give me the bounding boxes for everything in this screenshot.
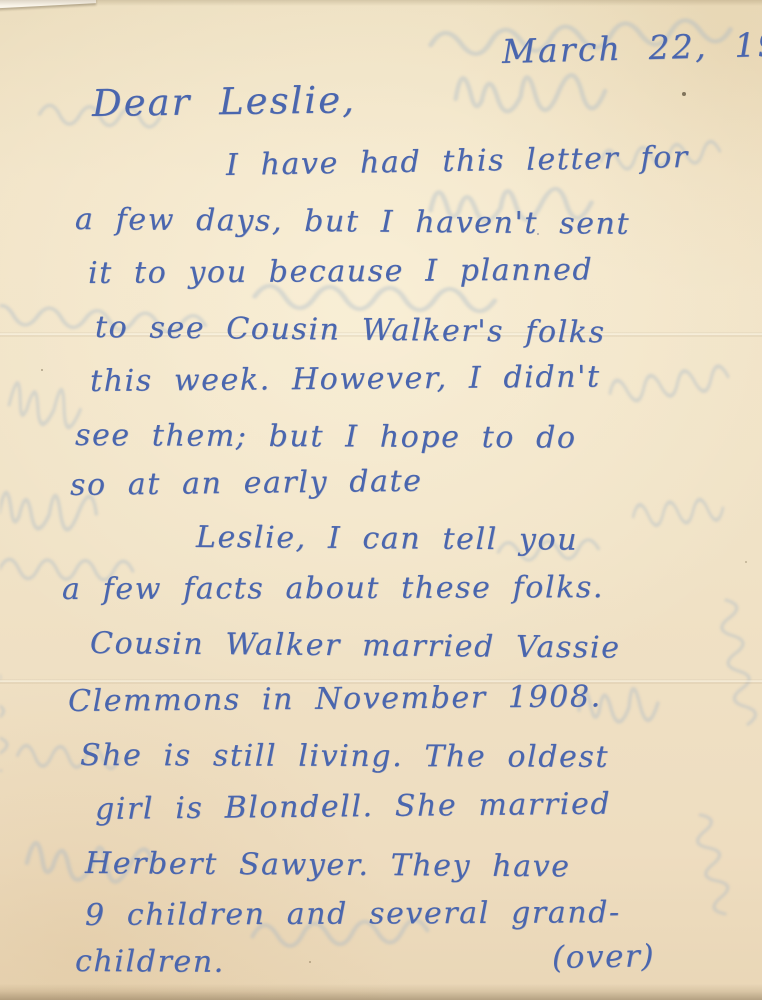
letter-line: to see Cousin Walker's folks — [95, 310, 606, 350]
letter-line: a few facts about these folks. — [62, 570, 604, 607]
letter-salutation: Dear Leslie, — [92, 78, 356, 125]
over-note: (over) — [552, 938, 656, 976]
letter-line: this week. However, I didn't — [90, 360, 601, 399]
letter-line: Clemmons in November 1908. — [68, 679, 602, 719]
page-bottom-shadow — [0, 984, 762, 1000]
letter-line: She is still living. The oldest — [80, 738, 609, 775]
letter-line: it to you because I planned — [88, 252, 593, 291]
page-top-shadow — [0, 0, 762, 6]
letter-line: Herbert Sawyer. They have — [85, 846, 571, 884]
letter-line: girl is Blondell. She married — [95, 787, 612, 827]
letter-line: children. — [75, 944, 225, 980]
letter-line: a few days, but I haven't sent — [75, 202, 630, 242]
paper-specks — [0, 0, 2, 2]
letter-line: Cousin Walker married Vassie — [90, 626, 621, 666]
letter-date: March 22, 1959 — [501, 23, 762, 70]
letter-line: Leslie, I can tell you — [196, 520, 578, 558]
letter-line: 9 children and several grand- — [85, 895, 621, 933]
letter-line: so at an early date — [70, 464, 423, 503]
letter-page: March 22, 1959 Dear Leslie, I have had t… — [0, 0, 762, 1000]
letter-line: see them; but I hope to do — [75, 418, 577, 456]
